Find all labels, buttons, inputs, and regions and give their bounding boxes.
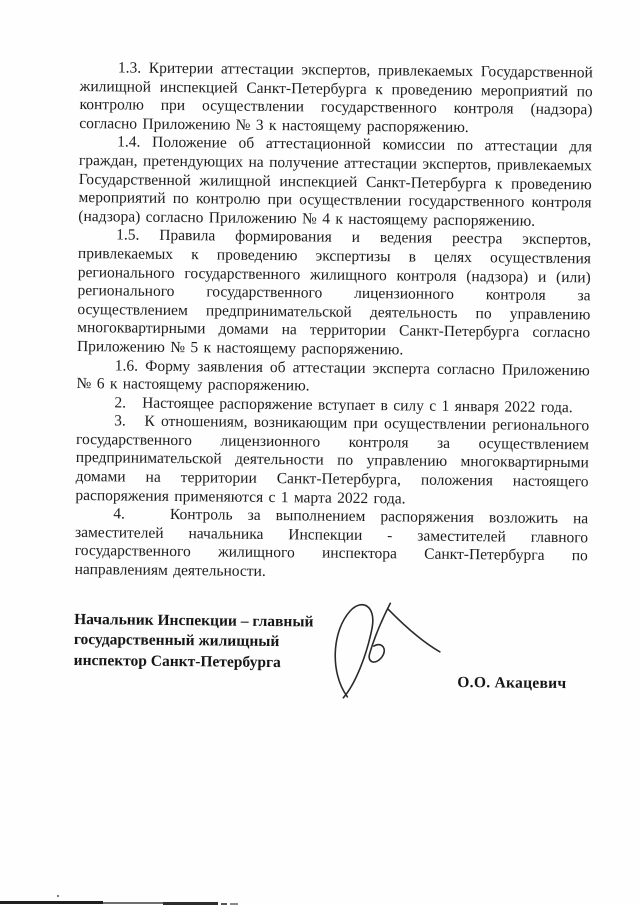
signatory-title: Начальник Инспекции – главный государств… bbox=[74, 610, 355, 674]
document-page: 1.3. Критерии аттестации экспертов, прив… bbox=[0, 0, 640, 905]
paragraph-4: 4. Контроль за выполнением распоряжения … bbox=[75, 505, 589, 585]
paragraph-3: 3. К отношениям, возникающим при осущест… bbox=[75, 412, 589, 510]
signature-block: Начальник Инспекции – главный государств… bbox=[73, 610, 587, 745]
signatory-name: О.О. Акацевич bbox=[457, 674, 566, 693]
paragraph-1-3: 1.3. Критерии аттестации экспертов, прив… bbox=[79, 59, 593, 139]
scan-artifact-line bbox=[163, 902, 218, 905]
paragraph-1-5: 1.5. Правила формирования и ведения реес… bbox=[77, 226, 591, 362]
scan-artifact-line bbox=[103, 902, 163, 904]
handwritten-signature-icon bbox=[325, 598, 448, 703]
scan-artifact-line bbox=[230, 903, 238, 905]
paragraph-1-4: 1.4. Положение об аттестационной комисси… bbox=[78, 133, 592, 231]
scan-artifact-line bbox=[0, 901, 103, 904]
document-body: 1.3. Критерии аттестации экспертов, прив… bbox=[73, 59, 593, 745]
paragraph-1-6: 1.6. Форму заявления об аттестации экспе… bbox=[76, 356, 589, 399]
scan-artifact-dot bbox=[57, 895, 59, 897]
